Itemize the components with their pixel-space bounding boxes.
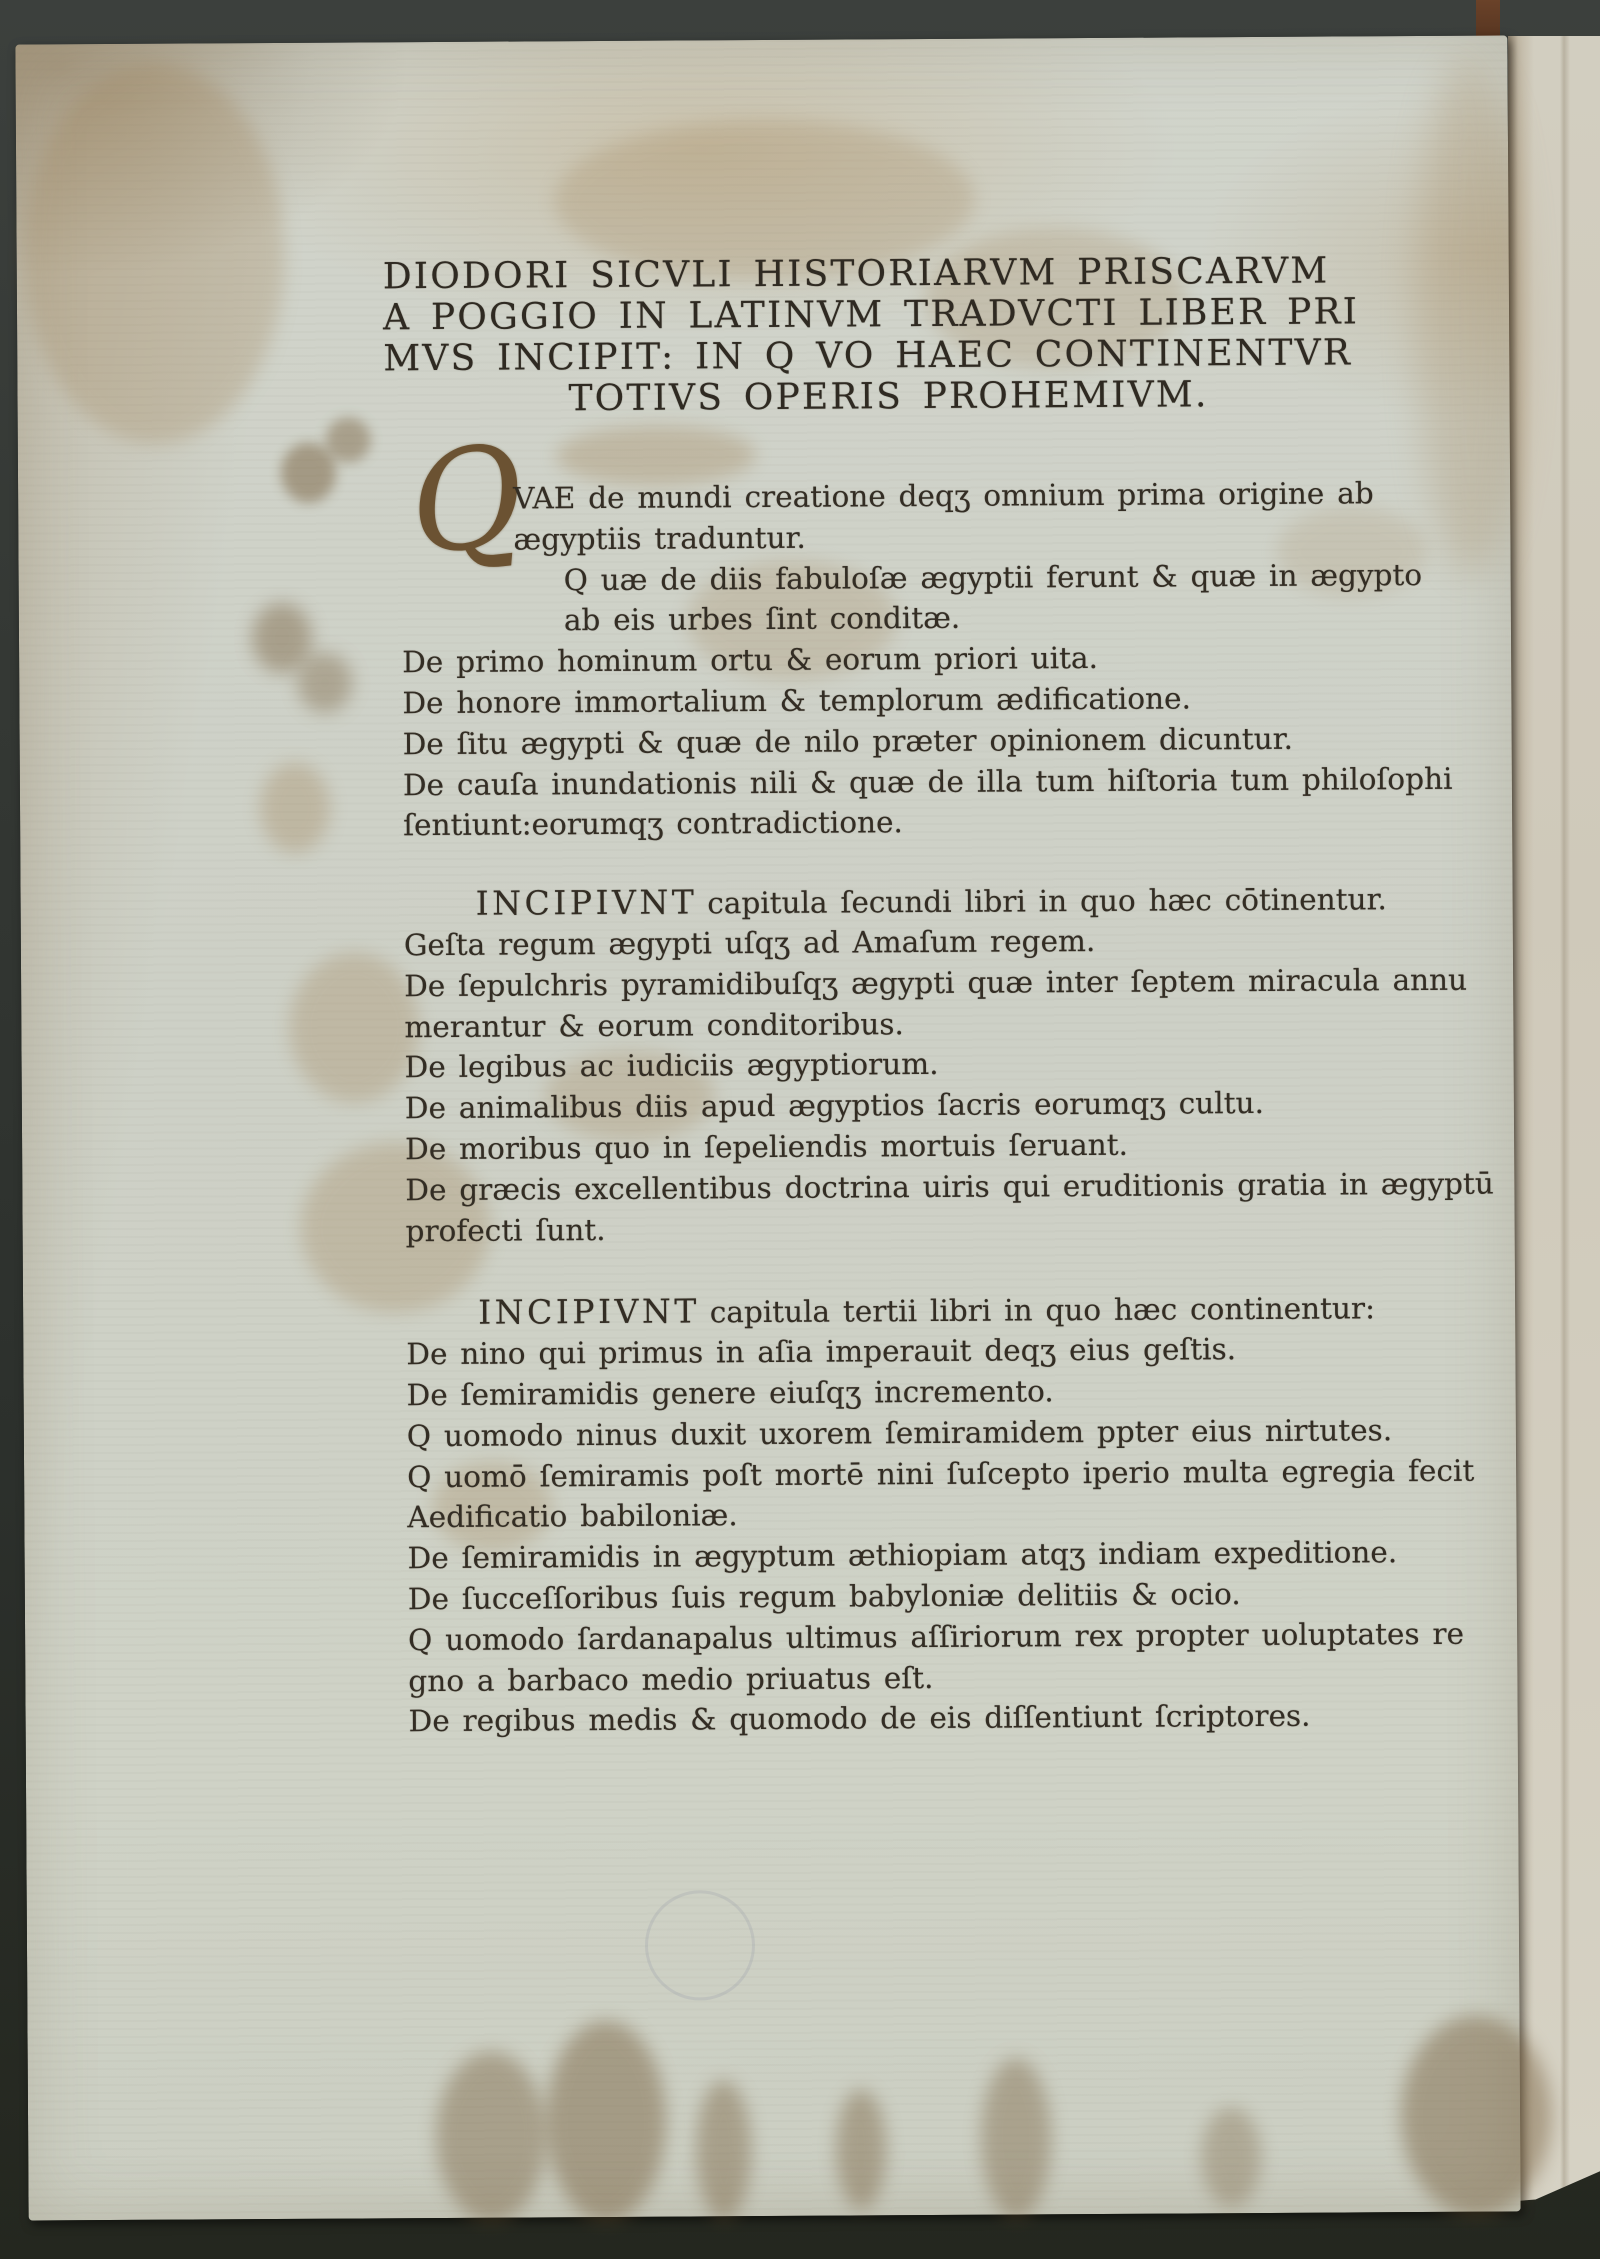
text-line: Aedificatio babiloniæ. xyxy=(407,1491,1422,1538)
text-line: ſentiunt:eorumqʒ contradictione. xyxy=(403,799,1418,846)
text-line: De ſemiramidis in ægyptum æthiopiam atqʒ… xyxy=(407,1532,1422,1579)
stain xyxy=(260,763,331,853)
stain xyxy=(545,2021,666,2222)
text-line: profecti ſunt. xyxy=(405,1205,1420,1252)
title-line: A POGGIO IN LATINVM TRADVCTI LIBER PRI xyxy=(383,291,1393,338)
text-line: De cauſa inundationis nili & quæ de illa… xyxy=(403,759,1418,806)
title-line: DIODORI SICVLI HISTORIARVM PRISCARVM xyxy=(383,250,1393,297)
page-title: DIODORI SICVLI HISTORIARVM PRISCARVM A P… xyxy=(383,250,1394,420)
scanned-book-photo: DIODORI SICVLI HISTORIARVM PRISCARVM A P… xyxy=(0,0,1600,2259)
section3-heading: INCIPIVNTcapitula tertii libri in quo hæ… xyxy=(478,1287,1421,1334)
section3-heading-rest: capitula tertii libri in quo hæc contine… xyxy=(710,1292,1375,1330)
text-column: VAE de mundi creatione deqʒ omnium prima… xyxy=(401,473,1424,1742)
stain xyxy=(326,417,371,462)
text-line: De ſepulchris pyramidibuſqʒ ægypti quæ i… xyxy=(404,960,1419,1007)
section2-heading-rest: capitula ſecundi libri in quo hæc cōtine… xyxy=(707,882,1387,920)
text-line: De ſitu ægypti & quæ de nilo præter opin… xyxy=(403,718,1418,765)
text-line: De nino qui primus in aſia imperauit deq… xyxy=(406,1328,1421,1375)
text-line: Q uomodo ſardanapalus ultimus aſſiriorum… xyxy=(408,1614,1423,1661)
text-line: De regibus medis & quomodo de eis diſſen… xyxy=(408,1695,1423,1742)
faint-round-stamp xyxy=(645,1890,756,2001)
text-line: De honore immortalium & templorum ædific… xyxy=(402,677,1417,724)
incipit-word: INCIPIVNT xyxy=(476,883,698,923)
text-line: De ſucceſſoribus ſuis regum babyloniæ de… xyxy=(408,1573,1423,1620)
page: DIODORI SICVLI HISTORIARVM PRISCARVM A P… xyxy=(15,35,1520,2220)
stain xyxy=(696,2080,752,2220)
title-line: MVS INCIPIT: IN Q VO HAEC CONTINENTVR xyxy=(383,332,1393,379)
stain xyxy=(1201,2107,1262,2207)
text-line: ab eis urbes ſint conditæ. xyxy=(564,595,1417,641)
text-line: De animalibus diis apud ægyptios ſacris … xyxy=(405,1082,1420,1129)
stain xyxy=(436,2051,547,2222)
text-line: Q uomodo ninus duxit uxorem ſemiramidem … xyxy=(407,1410,1422,1457)
text-line: De græcis excellentibus doctrina uiris q… xyxy=(405,1164,1420,1211)
text-line: VAE de mundi creatione deqʒ omnium prima… xyxy=(513,473,1416,519)
stain xyxy=(1400,2015,1551,2216)
text-line: De ſemiramidis genere eiuſqʒ incremento. xyxy=(407,1369,1422,1416)
text-line: De legibus ac iudiciis ægyptiorum. xyxy=(405,1041,1420,1088)
text-line: De primo hominum ortu & eorum priori uit… xyxy=(402,636,1417,683)
stain xyxy=(297,653,352,713)
text-line: Q uomō ſemiramis poſt mortē nini ſuſcept… xyxy=(407,1451,1422,1498)
stain xyxy=(836,2089,887,2209)
text-line: Q uæ de diis fabuloſæ ægyptii ferunt & q… xyxy=(564,555,1417,601)
text-line: ægyptiis traduntur. xyxy=(513,514,1416,560)
incipit-word: INCIPIVNT xyxy=(478,1292,700,1332)
text-line: gno a barbaco medio priuatus eſt. xyxy=(408,1655,1423,1702)
stain xyxy=(289,952,420,1103)
text-line: De moribus quo in ſepeliendis mortuis ſe… xyxy=(405,1123,1420,1170)
stain xyxy=(281,443,336,503)
stain xyxy=(23,63,285,445)
title-line: TOTIVS OPERIS PROHEMIVM. xyxy=(383,373,1393,420)
text-line: Geſta regum ægypti uſqʒ ad Amaſum regem. xyxy=(404,919,1419,966)
stain xyxy=(981,2058,1052,2218)
section2-heading: INCIPIVNTcapitula ſecundi libri in quo h… xyxy=(476,878,1419,925)
text-line: merantur & eorum conditoribus. xyxy=(404,1001,1419,1048)
